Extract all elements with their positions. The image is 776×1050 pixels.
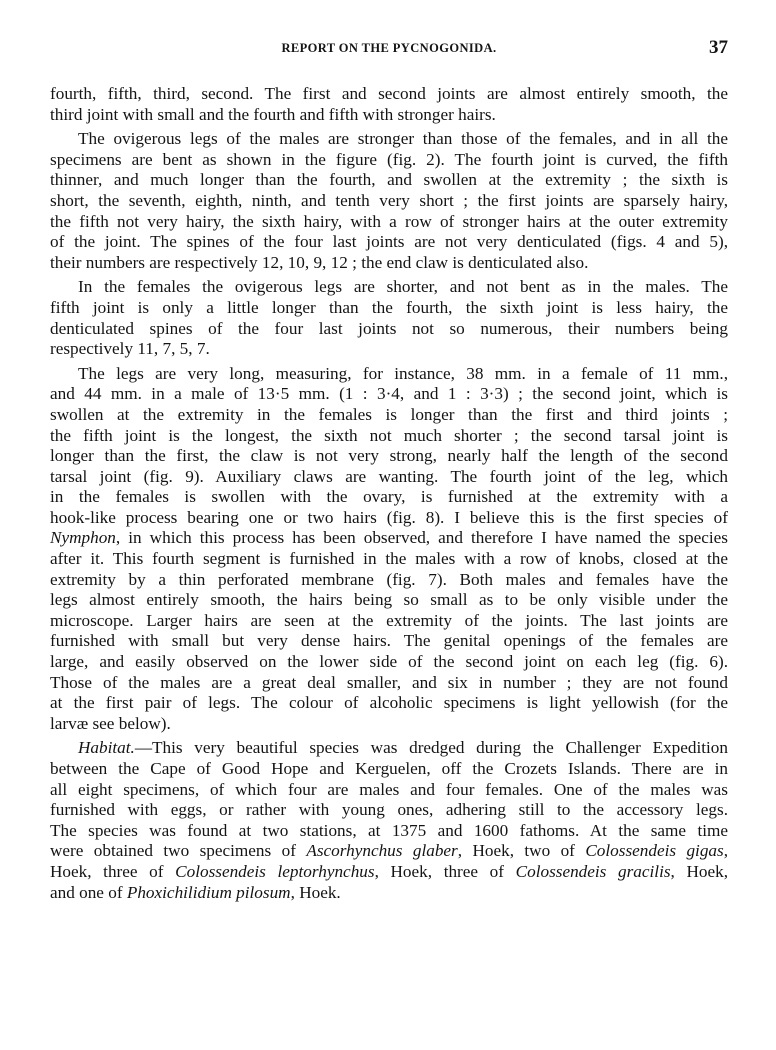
text-run: furnished with eggs, or rather with youn… (50, 800, 728, 819)
paragraph: The ovigerous legs of the males are stro… (50, 129, 728, 273)
text-run: thinner, and much longer than the fourth… (50, 170, 728, 189)
text-line: the fifth not very hairy, the sixth hair… (50, 212, 728, 233)
text-run: tarsal joint (fig. 9). Auxiliary claws a… (50, 467, 728, 486)
text-run: , Hoek, three of (375, 862, 516, 881)
text-run: In the females the ovigerous legs are sh… (78, 277, 728, 296)
text-line: third joint with small and the fourth an… (50, 105, 728, 126)
text-line: furnished with small but very dense hair… (50, 631, 728, 652)
text-line: denticulated spines of the four last joi… (50, 319, 728, 340)
text-line: furnished with eggs, or rather with youn… (50, 800, 728, 821)
text-run: The ovigerous legs of the males are stro… (78, 129, 728, 148)
text-line: swollen at the extremity in the females … (50, 405, 728, 426)
text-line: Hoek, three of Colossendeis leptorhynchu… (50, 862, 728, 883)
italic-term: Ascorhynchus glaber (306, 841, 457, 860)
paragraph: The legs are very long, measuring, for i… (50, 364, 728, 735)
italic-term: Colossendeis gracilis (516, 862, 671, 881)
text-line: Nymphon, in which this process has been … (50, 528, 728, 549)
text-run: , (724, 841, 728, 860)
text-run: after it. This fourth segment is furnish… (50, 549, 728, 568)
text-line: Those of the males are a great deal smal… (50, 673, 728, 694)
text-run: their numbers are respectively 12, 10, 9… (50, 253, 588, 272)
text-line: The species was found at two stations, a… (50, 821, 728, 842)
text-line: between the Cape of Good Hope and Kergue… (50, 759, 728, 780)
text-line: in the females is swollen with the ovary… (50, 487, 728, 508)
paragraph: In the females the ovigerous legs are sh… (50, 277, 728, 359)
text-line: microscope. Larger hairs are seen at the… (50, 611, 728, 632)
text-line: fifth joint is only a little longer than… (50, 298, 728, 319)
text-run: third joint with small and the fourth an… (50, 105, 496, 124)
paragraph: Habitat.—This very beautiful species was… (50, 738, 728, 903)
text-line: large, and easily observed on the lower … (50, 652, 728, 673)
text-run: Hoek, three of (50, 862, 175, 881)
text-line: specimens are bent as shown in the figur… (50, 150, 728, 171)
text-run: swollen at the extremity in the females … (50, 405, 728, 424)
text-run: short, the seventh, eighth, ninth, and t… (50, 191, 728, 210)
running-title: REPORT ON THE PYCNOGONIDA. (50, 41, 728, 56)
text-line: In the females the ovigerous legs are sh… (50, 277, 728, 298)
text-line: their numbers are respectively 12, 10, 9… (50, 253, 728, 274)
paragraph: fourth, fifth, third, second. The first … (50, 84, 728, 125)
text-run: larvæ see below). (50, 714, 171, 733)
text-line: The legs are very long, measuring, for i… (50, 364, 728, 385)
text-run: fourth, fifth, third, second. The first … (50, 84, 728, 103)
running-head: REPORT ON THE PYCNOGONIDA. 37 (50, 36, 728, 60)
text-run: hook-like process bearing one or two hai… (50, 508, 728, 527)
text-line: legs almost entirely smooth, the hairs b… (50, 590, 728, 611)
text-run: furnished with small but very dense hair… (50, 631, 728, 650)
text-line: short, the seventh, eighth, ninth, and t… (50, 191, 728, 212)
text-run: and 44 mm. in a male of 13·5 mm. (1 : 3·… (50, 384, 728, 403)
text-line: respectively 11, 7, 5, 7. (50, 339, 728, 360)
italic-term: Nymphon (50, 528, 116, 547)
text-run: legs almost entirely smooth, the hairs b… (50, 590, 728, 609)
body-text: fourth, fifth, third, second. The first … (50, 84, 728, 903)
text-run: extremity by a thin perforated membrane … (50, 570, 728, 589)
page-number: 37 (709, 37, 728, 59)
text-run: —This very beautiful species was dredged… (135, 738, 728, 757)
text-run: respectively 11, 7, 5, 7. (50, 339, 210, 358)
text-run: , Hoek, two of (458, 841, 586, 860)
text-line: after it. This fourth segment is furnish… (50, 549, 728, 570)
text-run: specimens are bent as shown in the figur… (50, 150, 728, 169)
text-run: were obtained two specimens of (50, 841, 306, 860)
italic-term: Habitat. (78, 738, 135, 757)
text-run: Those of the males are a great deal smal… (50, 673, 728, 692)
text-run: the fifth not very hairy, the sixth hair… (50, 212, 728, 231)
text-run: longer than the first, the claw is not v… (50, 446, 728, 465)
text-line: extremity by a thin perforated membrane … (50, 570, 728, 591)
text-line: The ovigerous legs of the males are stro… (50, 129, 728, 150)
text-line: thinner, and much longer than the fourth… (50, 170, 728, 191)
text-run: The species was found at two stations, a… (50, 821, 728, 840)
text-run: at the first pair of legs. The colour of… (50, 693, 728, 712)
text-line: were obtained two specimens of Ascorhync… (50, 841, 728, 862)
text-line: of the joint. The spines of the four las… (50, 232, 728, 253)
text-run: large, and easily observed on the lower … (50, 652, 728, 671)
text-run: and one of (50, 883, 127, 902)
text-run: , Hoek, (671, 862, 728, 881)
italic-term: Colossendeis gigas (585, 841, 723, 860)
text-line: and one of Phoxichilidium pilosum, Hoek. (50, 883, 728, 904)
text-line: larvæ see below). (50, 714, 728, 735)
text-run: fifth joint is only a little longer than… (50, 298, 728, 317)
text-line: hook-like process bearing one or two hai… (50, 508, 728, 529)
text-run: , Hoek. (291, 883, 341, 902)
text-line: at the first pair of legs. The colour of… (50, 693, 728, 714)
text-run: the fifth joint is the longest, the sixt… (50, 426, 728, 445)
text-run: microscope. Larger hairs are seen at the… (50, 611, 728, 630)
text-line: tarsal joint (fig. 9). Auxiliary claws a… (50, 467, 728, 488)
text-run: between the Cape of Good Hope and Kergue… (50, 759, 728, 778)
italic-term: Colossendeis leptorhynchus (175, 862, 374, 881)
text-line: the fifth joint is the longest, the sixt… (50, 426, 728, 447)
text-run: all eight specimens, of which four are m… (50, 780, 728, 799)
text-line: all eight specimens, of which four are m… (50, 780, 728, 801)
text-line: fourth, fifth, third, second. The first … (50, 84, 728, 105)
text-line: longer than the first, the claw is not v… (50, 446, 728, 467)
text-run: in the females is swollen with the ovary… (50, 487, 728, 506)
text-run: of the joint. The spines of the four las… (50, 232, 728, 251)
text-run: , in which this process has been observe… (116, 528, 728, 547)
text-line: and 44 mm. in a male of 13·5 mm. (1 : 3·… (50, 384, 728, 405)
italic-term: Phoxichilidium pilosum (127, 883, 291, 902)
text-line: Habitat.—This very beautiful species was… (50, 738, 728, 759)
text-run: denticulated spines of the four last joi… (50, 319, 728, 338)
text-run: The legs are very long, measuring, for i… (78, 364, 728, 383)
